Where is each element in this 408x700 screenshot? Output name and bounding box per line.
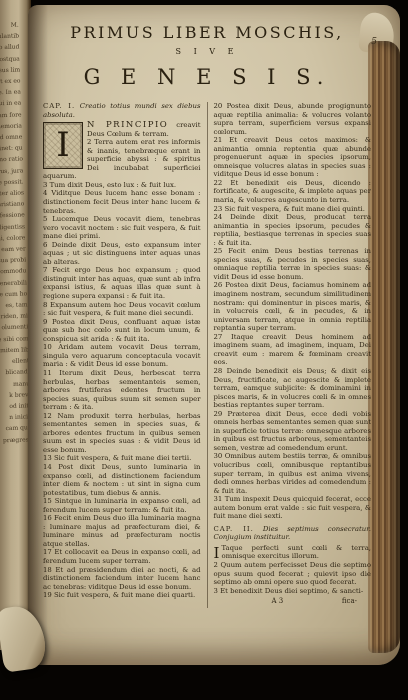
- verse-paragraph: 18 Et ad præsidendum diei ac nocti, & ad…: [43, 566, 201, 592]
- facing-page-text-line: blicandi: [0, 367, 30, 379]
- chapter2-opening-text: Taque perfecti sunt cœli & terra, omnisq…: [221, 544, 371, 561]
- signature-mark: A 3: [272, 597, 284, 606]
- verse-paragraph: 14 Post dixit Deus, sunto luminaria in e…: [43, 463, 201, 497]
- left-text-column: CAP. I. Creatio totius mundi sex diebus …: [43, 102, 205, 608]
- text-columns: CAP. I. Creatio totius mundi sex diebus …: [43, 102, 371, 608]
- page-number: 5: [371, 37, 377, 47]
- signature-row: A 3 fica-: [214, 597, 372, 606]
- facing-page-text-line: l initio allud: [0, 42, 20, 54]
- right-text-column: 20 Postea dixit Deus, abunde progignunto…: [210, 102, 372, 608]
- left-column-verses: 2 Terra autem erat res informis & inanis…: [43, 138, 201, 600]
- fore-edge-page-stack: [368, 41, 400, 653]
- verse-paragraph: 5 Lucemque Deus vocavit diem, tenebras v…: [43, 215, 201, 241]
- verse-paragraph: 17 Et collocavit ea Deus in expanso cœli…: [43, 548, 201, 565]
- verse-paragraph: 30 Omnibus autem bestiis terræ, & omnibu…: [214, 452, 372, 495]
- chapter2-dropcap-initial: I: [214, 545, 220, 561]
- verse-paragraph: 29 Præterea dixit Deus, ecce dedi vobis …: [214, 410, 372, 453]
- chapter1-opening-paragraph: I N PRINCIPIO creavit Deus Cœlum & terra…: [43, 121, 201, 138]
- facing-page-text-line: manu: [0, 378, 30, 390]
- verse-paragraph: 21 Et creavit Deus cetos maximos: & anim…: [214, 136, 372, 179]
- right-column-verses: 20 Postea dixit Deus, abunde progignunto…: [214, 102, 372, 521]
- verse-paragraph: 3 Tum dixit Deus, esto lux : & fuit lux.: [43, 181, 201, 190]
- verse-paragraph: 26 Postea dixit Deus, faciamus hominem a…: [214, 281, 372, 332]
- verse-paragraph: 24 Deinde dixit Deus, producat terra ani…: [214, 213, 372, 247]
- facing-page-text-line: cam qua: [0, 423, 32, 435]
- chapter2-opening-paragraph: I Taque perfecti sunt cœli & terra, omni…: [214, 544, 372, 561]
- verse-paragraph: 31 Tum inspexit Deus quicquid fecerat, e…: [214, 495, 372, 521]
- verse-paragraph: 15 Sintque in luminaria in expanso cœli,…: [43, 497, 201, 514]
- chapter2-heading: CAP. II. Dies septimus consecratur. Conj…: [214, 525, 372, 542]
- verse-paragraph: 2 Quum autem perfecisset Deus die septim…: [214, 561, 372, 587]
- catchword: fica-: [342, 597, 357, 606]
- column-divider-rule: [207, 102, 208, 608]
- verse-paragraph: 22 Et benedixit eis Deus, dicendo : fort…: [214, 179, 372, 205]
- verse-paragraph: 28 Deinde benedixit eis Deus; & dixit ei…: [214, 367, 372, 410]
- verse-paragraph: 19 Sic fuit vespera, & fuit mane diei qu…: [43, 591, 201, 600]
- chapter2-label: CAP. II.: [214, 525, 254, 533]
- facing-page-edge: M.d regulantibl initio alludim, postquan…: [0, 0, 31, 650]
- verse-paragraph: 6 Deinde dixit Deus, esto expansum inter…: [43, 241, 201, 267]
- facing-page-text-line: olumenti: [0, 322, 28, 334]
- verse-paragraph: 3 Et benedixit Deus diei septimo, & sanc…: [214, 587, 372, 596]
- book-title-block: PRIMUS LIBER MOSCHIS, S I V E G E N E S …: [43, 23, 371, 89]
- verse-paragraph: 12 Nam produxit terra herbulas, herbas s…: [43, 412, 201, 455]
- verse-paragraph: 11 Iterum dixit Deus, herbescat terra he…: [43, 369, 201, 412]
- verse-paragraph: 23 Sic fuit vespera, & fuit mane diei qu…: [214, 205, 372, 214]
- verse-paragraph: 16 Fecit enim Deus duo illa luminaria ma…: [43, 514, 201, 548]
- verse-paragraph: 4 Viditque Deus lucem hanc esse bonam : …: [43, 189, 201, 215]
- title-line-1: PRIMUS LIBER MOSCHIS,: [43, 23, 371, 42]
- verse-paragraph: 13 Sic fuit vespera, & fuit mane diei te…: [43, 454, 201, 463]
- page-content: 5 PRIMUS LIBER MOSCHIS, S I V E G E N E …: [43, 23, 371, 608]
- chapter2-verses: 2 Quum autem perfecisset Deus die septim…: [214, 561, 372, 595]
- facing-page-text-line: commodu: [0, 266, 27, 278]
- verse-paragraph: 27 Itaque creavit Deus hominem ad imagin…: [214, 333, 372, 367]
- book-photo: M.d regulantibl initio alludim, postquan…: [0, 0, 408, 700]
- facing-page-text-line: , nemo ratio: [0, 154, 23, 166]
- facing-page-text-line: rofessione: [0, 210, 25, 222]
- chapter1-label: CAP. I.: [43, 102, 75, 110]
- verse-paragraph: 8 Expansum autem hoc Deus vocavit cœlum …: [43, 301, 201, 318]
- verse-paragraph: 9 Postea dixit Deus, confluant aquæ istæ…: [43, 318, 201, 344]
- opening-lead-words: N PRINCIPIO: [87, 120, 168, 130]
- facing-page-text-line: , qui in ea: [0, 98, 21, 110]
- ornate-dropcap-initial: I: [43, 122, 83, 169]
- title-line-sive: S I V E: [43, 47, 371, 56]
- chapter1-heading: CAP. I. Creatio totius mundi sex diebus …: [43, 102, 201, 119]
- main-page: 5 PRIMUS LIBER MOSCHIS, S I V E G E N E …: [28, 5, 400, 665]
- verse-paragraph: 10 Aridam autem vocavit Deus terram, sin…: [43, 343, 201, 369]
- title-line-genesis: G E N E S I S.: [43, 65, 371, 89]
- verse-paragraph: 25 Fecit enim Deus bestias terrenas in s…: [214, 247, 372, 281]
- verse-paragraph: 20 Postea dixit Deus, abunde progignunto…: [214, 102, 372, 136]
- verse-paragraph: 7 Fecit ergo Deus hoc expansum ; quod di…: [43, 266, 201, 300]
